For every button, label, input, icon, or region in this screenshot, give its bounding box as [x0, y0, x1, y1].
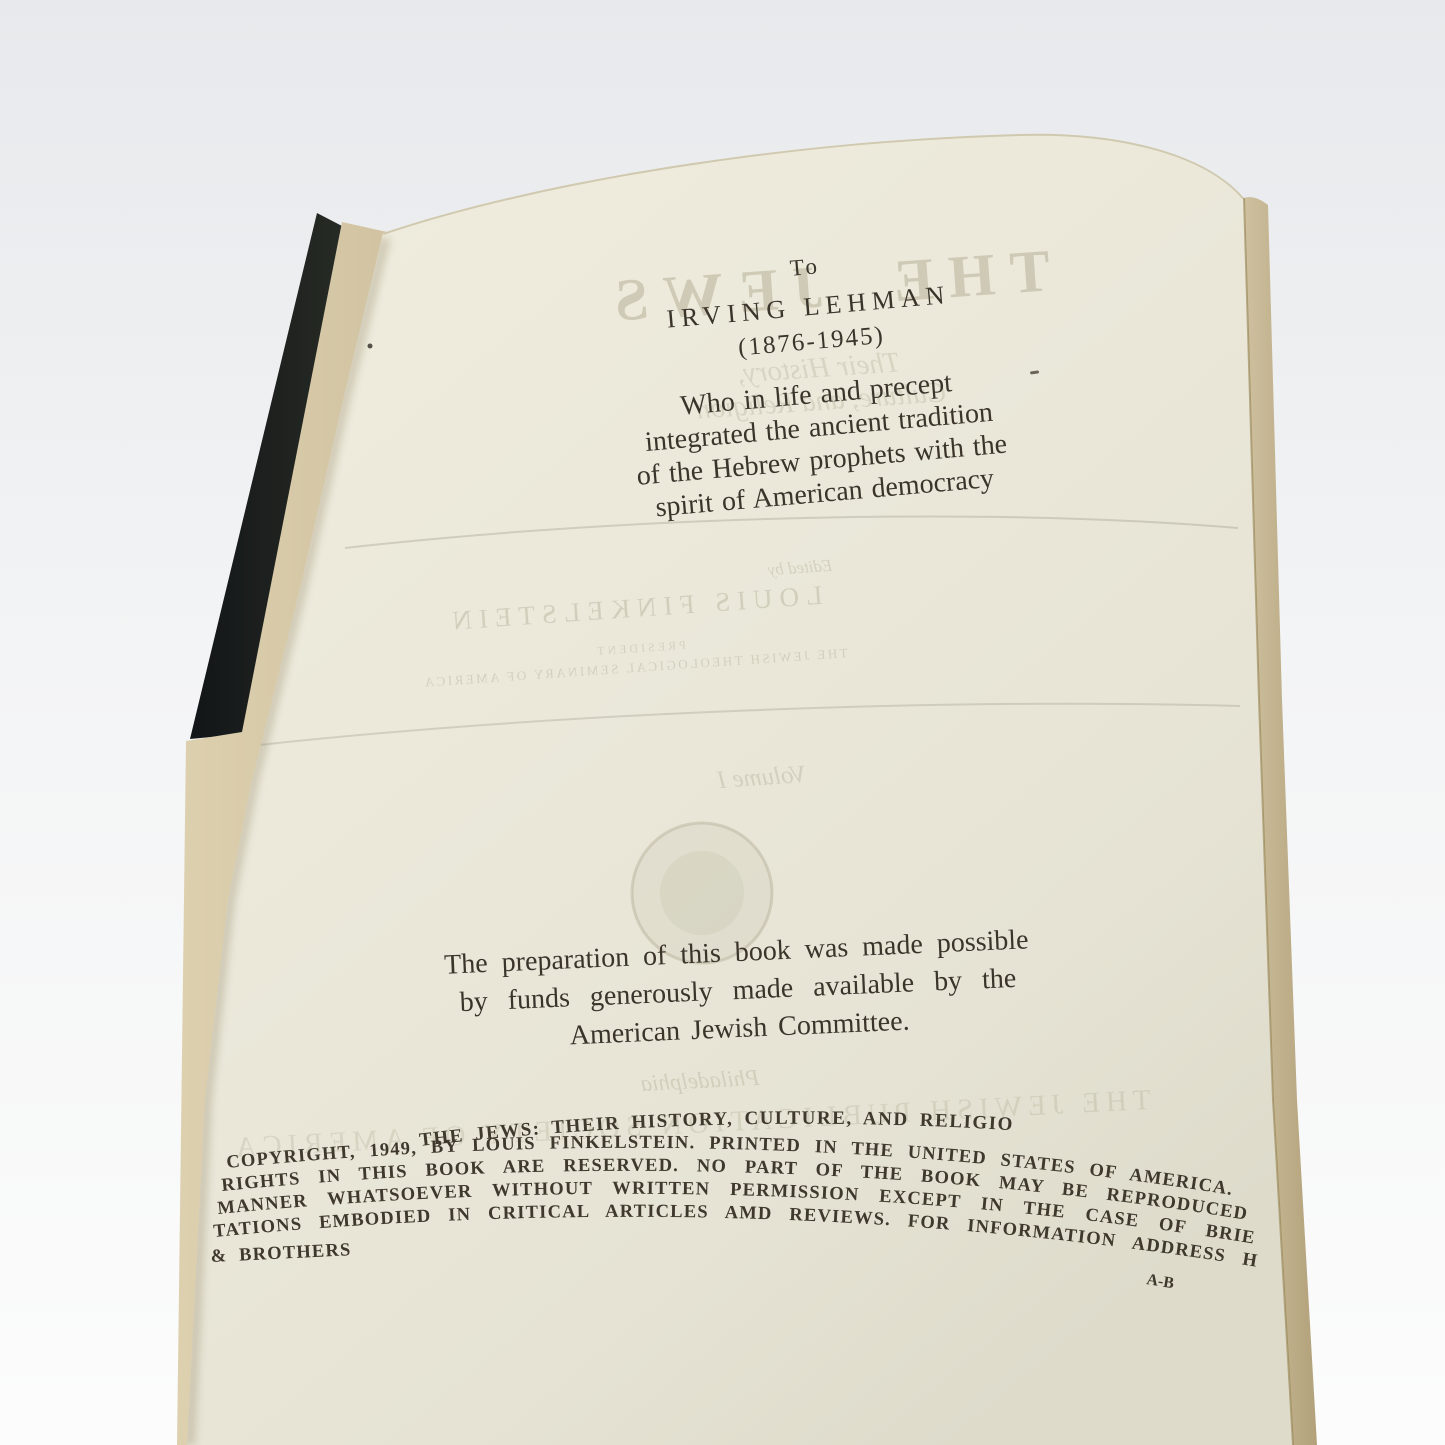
copyright-line: TATIONS EMBODIED IN CRITICAL ARTICLES AM… [0, 0, 1260, 1272]
copyright-line: & BROTHERS [210, 1240, 352, 1267]
copyright-line: COPYRIGHT, 1949, BY LOUIS FINKELSTEIN. P… [0, 0, 1247, 1202]
copyright-line: MANNER WHATSOEVER WITHOUT WRITTEN PERMIS… [0, 0, 1257, 1249]
printers-key: A-B [1145, 1271, 1175, 1292]
copyright-line: RIGHTS IN THIS BOOK ARE RESERVED. NO PAR… [0, 0, 1250, 1225]
copyright-title-line: THE JEWS: THEIR HISTORY, CULTURE, AND RE… [0, 0, 1015, 1151]
photo-of-book-page: THE JEWS Their History, Culture, and Rel… [0, 0, 1445, 1445]
copyright-block: THE JEWS: THEIR HISTORY, CULTURE, AND RE… [0, 0, 1445, 1445]
